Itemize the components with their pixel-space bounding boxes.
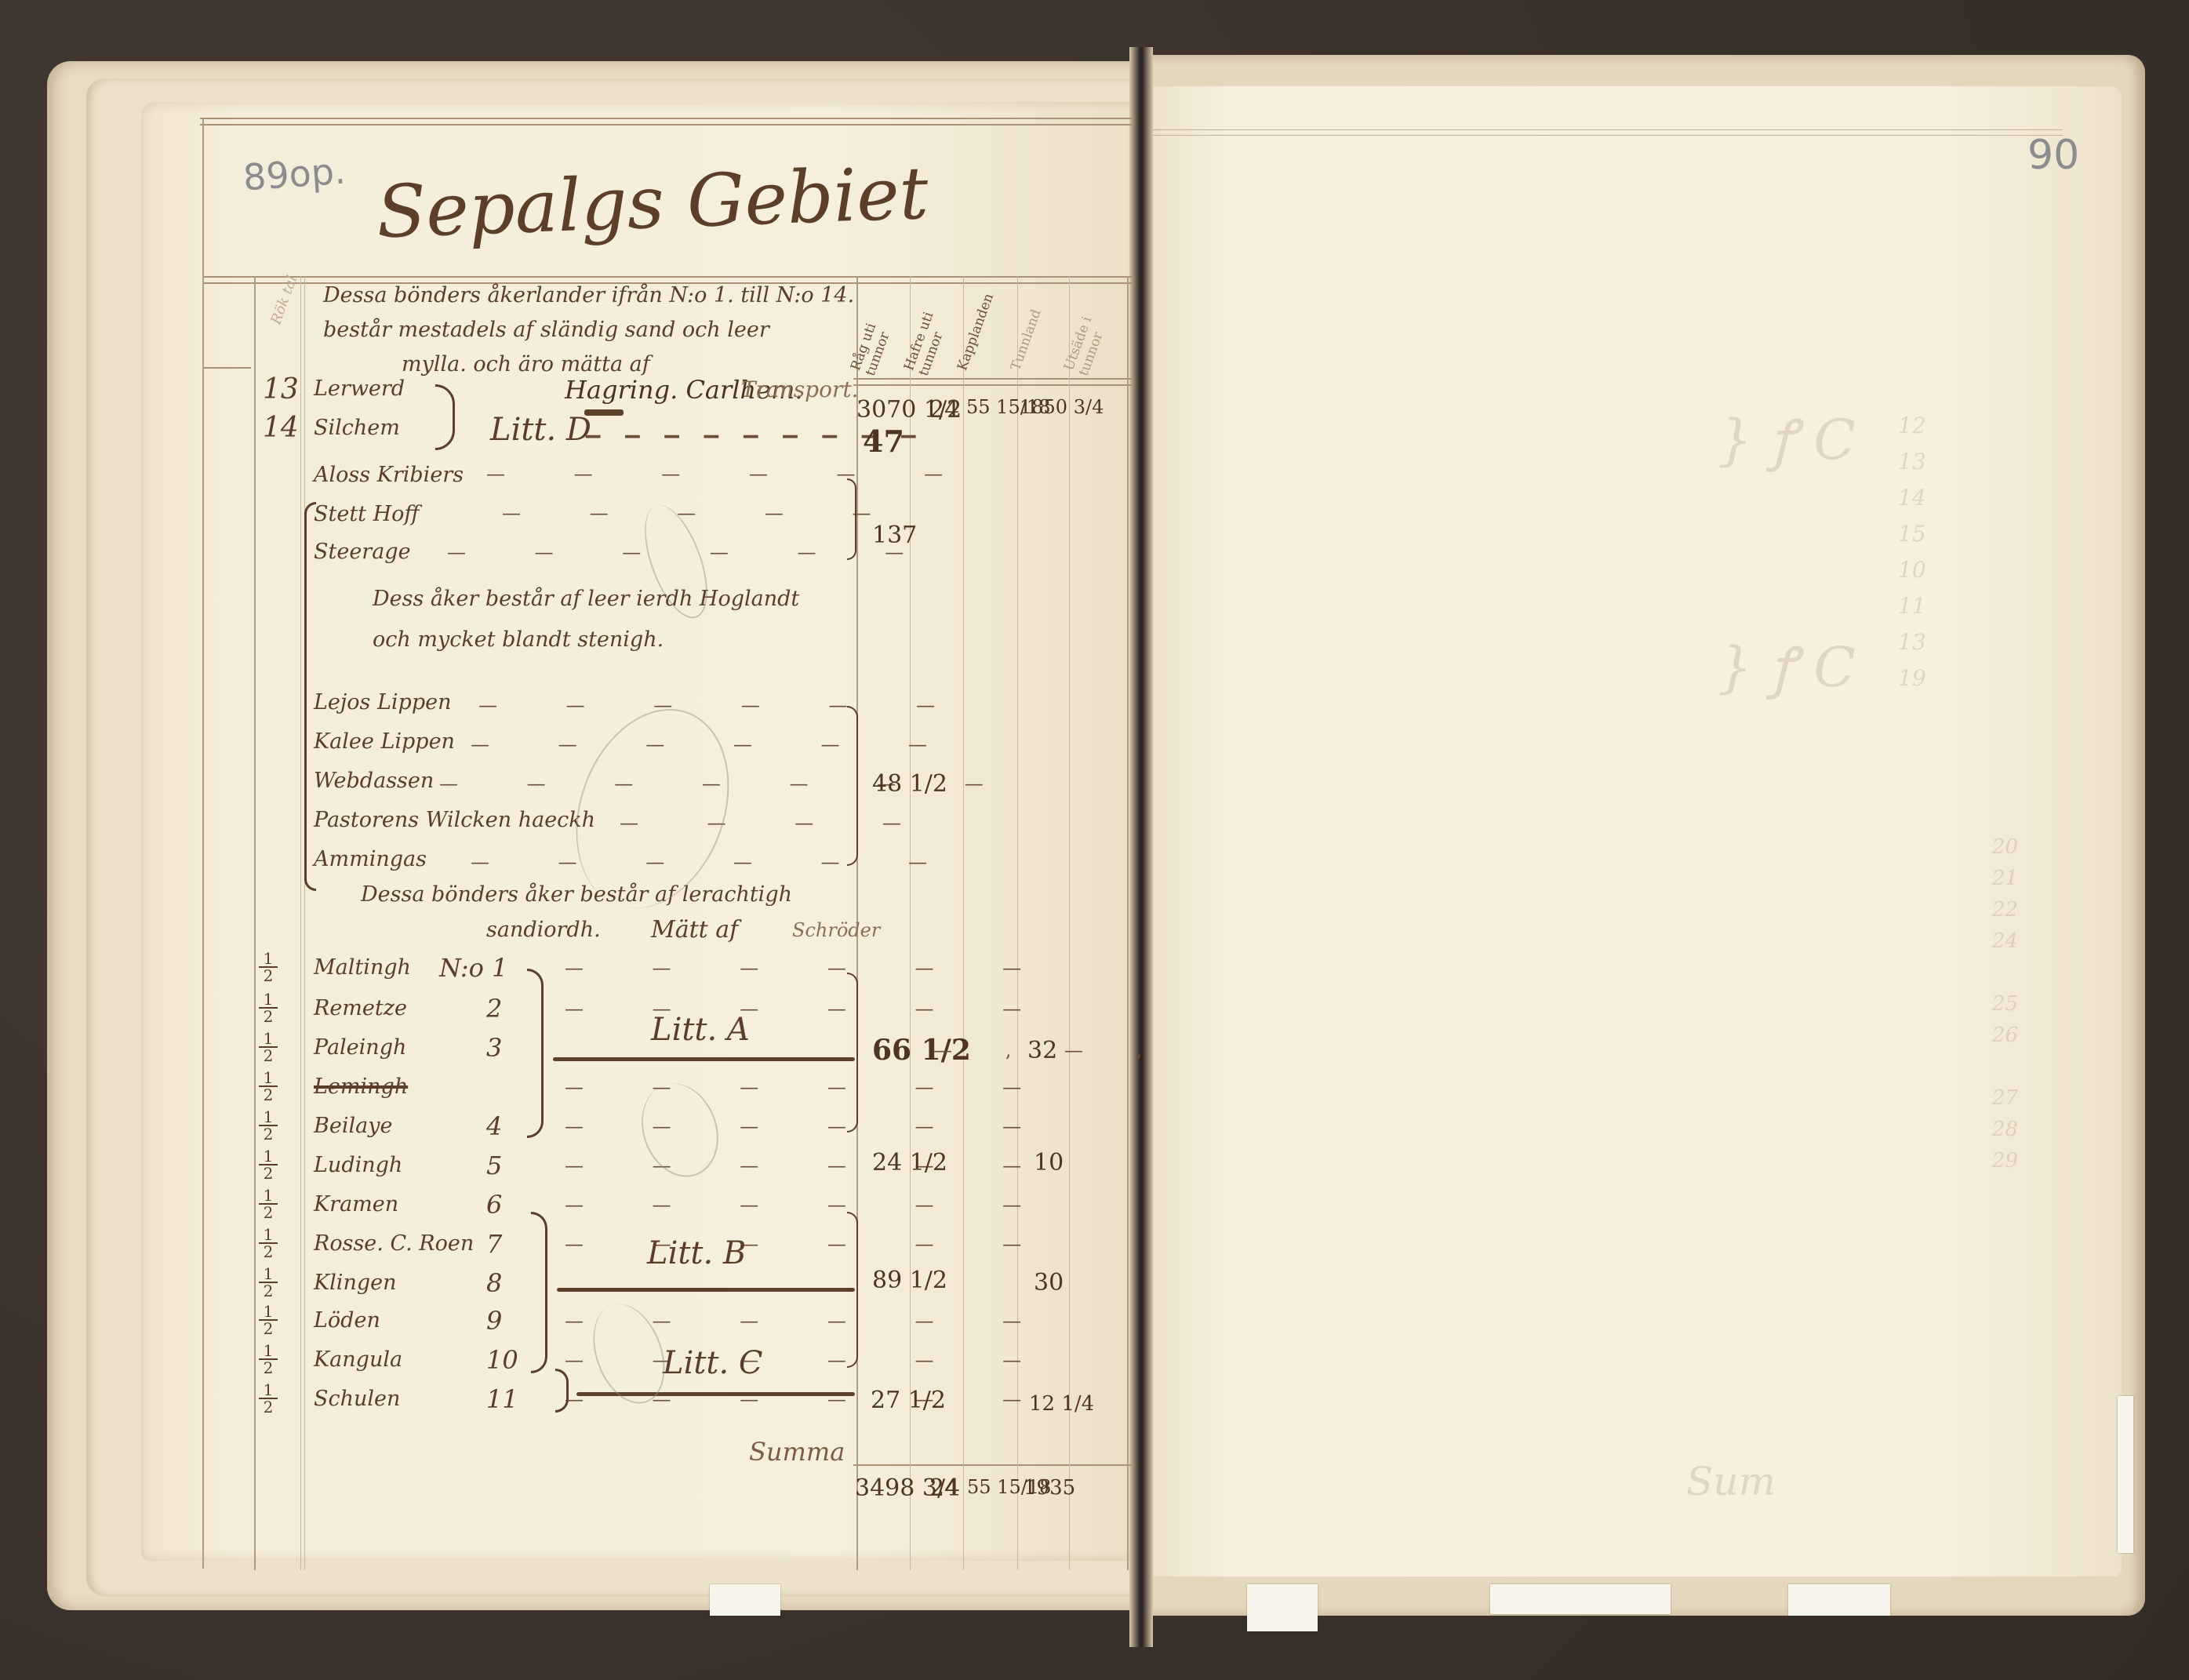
brace-lit-a bbox=[527, 969, 544, 1138]
dash-leader: — — — — — — bbox=[565, 998, 1053, 1020]
transport-tunnland: 1850 3/4 bbox=[1020, 396, 1104, 418]
header-line: består mestadels af sländig sand och lee… bbox=[323, 313, 864, 347]
column-line bbox=[304, 276, 305, 1570]
row-name: Lemingh bbox=[314, 1075, 408, 1099]
bleed-through-mark: } ꝭ C bbox=[1718, 400, 1856, 475]
brace bbox=[847, 478, 856, 560]
table-header-bottom-rule bbox=[853, 384, 1133, 386]
share-fraction: 12 bbox=[259, 1382, 278, 1415]
column-line bbox=[254, 276, 256, 1570]
folio-number-left: 89op. bbox=[242, 150, 347, 199]
right-top-rule bbox=[1153, 135, 2063, 136]
row-name: Paleingh bbox=[314, 1035, 406, 1060]
dash-leader: — — — — — — bbox=[478, 694, 966, 716]
group-note: och mycket blandt stenigh. bbox=[373, 627, 664, 652]
row-number: 8 bbox=[486, 1268, 502, 1298]
row-name: Kangula bbox=[314, 1347, 402, 1372]
share-fraction: 12 bbox=[259, 1343, 278, 1376]
row-name: Remetze bbox=[314, 996, 407, 1020]
row-name: Ammingas bbox=[314, 847, 427, 871]
row-name: Ludingh bbox=[314, 1153, 402, 1177]
row-name: Lerwerd bbox=[314, 376, 405, 401]
lit-c-label: Litt. C bbox=[663, 1345, 763, 1381]
dash-leader: — — — — — — bbox=[565, 1233, 1053, 1255]
transport-label: Transport. bbox=[741, 376, 858, 402]
row-name: Steerage bbox=[314, 540, 411, 564]
lit-c-value: 27 1/2 bbox=[871, 1387, 946, 1414]
paper-slip bbox=[2118, 1396, 2133, 1553]
signature-label: Mätt af bbox=[651, 916, 738, 944]
row-name: Pastorens Wilcken haeckh bbox=[314, 808, 595, 832]
lit-a-label: Litt. A bbox=[651, 1012, 750, 1048]
share-fraction: 12 bbox=[259, 991, 278, 1024]
header-line: Dessa bönders åkerlander ifrån N:o 1. ti… bbox=[323, 278, 864, 313]
lit-b-col4: 30 bbox=[1034, 1269, 1064, 1296]
dash-leader: — — — — — — bbox=[471, 851, 958, 873]
row-name: Löden bbox=[314, 1308, 380, 1333]
margin-line bbox=[202, 118, 204, 1569]
bleed-through-mark: Sum bbox=[1686, 1459, 1776, 1504]
table-header-bottom-rule bbox=[204, 367, 251, 369]
row-name: Aloss Kribiers bbox=[314, 463, 464, 487]
share-fraction: 12 bbox=[259, 1031, 278, 1064]
row-number: 14 bbox=[263, 412, 299, 444]
row-number: 4 bbox=[486, 1111, 502, 1141]
dash-leader: — — — — — — bbox=[486, 463, 974, 485]
brace bbox=[847, 973, 858, 1133]
dash-leader: — — — — — — bbox=[565, 1194, 1053, 1216]
row-name: Stett Hoff bbox=[314, 502, 420, 526]
table-header-top-rule bbox=[204, 276, 1133, 278]
book-spine bbox=[1129, 47, 1153, 1647]
row-number: 11 bbox=[486, 1384, 518, 1414]
summa-oats: 24 bbox=[929, 1475, 959, 1502]
column-line bbox=[1069, 276, 1070, 1570]
dash-leader: — — — — — — bbox=[565, 1115, 1053, 1137]
row-name: Schulen bbox=[314, 1387, 400, 1411]
brace-lit-b bbox=[531, 1212, 547, 1373]
lit-a-line bbox=[553, 1057, 855, 1061]
lit-d-value: 47 bbox=[863, 424, 904, 459]
row-name: Kalee Lippen bbox=[314, 729, 455, 754]
bleed-through-mark: 1213141510111319 bbox=[1898, 408, 1926, 696]
row-number: 6 bbox=[486, 1190, 502, 1220]
row-number: N:o 1 bbox=[439, 953, 507, 983]
signer-name: Schröder bbox=[792, 919, 880, 941]
row-name: Beilaye bbox=[314, 1114, 392, 1138]
share-fraction: 12 bbox=[259, 1187, 278, 1220]
share-fraction: 12 bbox=[259, 1266, 278, 1299]
right-top-rule bbox=[1153, 129, 2063, 130]
share-fraction: 12 bbox=[259, 951, 278, 984]
lit-b-value: 89 1/2 bbox=[872, 1267, 947, 1294]
share-fraction: 12 bbox=[259, 1148, 278, 1181]
brace bbox=[435, 384, 455, 450]
brace-lit-c bbox=[555, 1369, 569, 1413]
row-number: 13 bbox=[263, 373, 299, 405]
dash-leader: — — — — — — bbox=[565, 1076, 1053, 1098]
right-page bbox=[1149, 86, 2122, 1576]
row-number: 10 bbox=[486, 1345, 518, 1375]
group-note: Dessa bönders åker består af lerachtigh bbox=[361, 882, 792, 907]
row-name: Klingen bbox=[314, 1271, 396, 1295]
bleed-through-mark: 202122242526272829 bbox=[1992, 831, 2018, 1176]
group-value: 137 bbox=[872, 522, 917, 549]
column-line bbox=[1017, 276, 1018, 1570]
top-rule bbox=[200, 118, 1133, 119]
row-number: 5 bbox=[486, 1151, 502, 1180]
row-number: 3 bbox=[486, 1033, 502, 1063]
paper-slip bbox=[1490, 1584, 1671, 1614]
dash-leader: — — — — — — bbox=[565, 957, 1053, 979]
brace bbox=[847, 1212, 858, 1368]
row-number: 9 bbox=[486, 1306, 502, 1336]
folio-number-right: 90 bbox=[2027, 132, 2079, 179]
group-value: 48 1/2 bbox=[872, 770, 947, 798]
row5-value: 24 1/2 bbox=[872, 1149, 947, 1176]
table-header-text: Dessa bönders åkerlander ifrån N:o 1. ti… bbox=[323, 278, 864, 382]
row-name: Webdassen bbox=[314, 769, 434, 793]
row-number: 7 bbox=[486, 1229, 502, 1259]
summa-rule bbox=[853, 1464, 1133, 1466]
share-fraction: 12 bbox=[259, 1109, 278, 1142]
share-fraction: 12 bbox=[259, 1070, 278, 1103]
share-fraction: 12 bbox=[259, 1304, 278, 1336]
brace bbox=[847, 706, 858, 866]
dash-leader: — — — — — bbox=[502, 502, 903, 524]
lit-c-col4: 12 1/4 bbox=[1029, 1392, 1094, 1416]
dash-leader: — — — — — — bbox=[565, 1155, 1053, 1176]
column-line bbox=[1127, 276, 1129, 1570]
group-note: sandiordh. bbox=[486, 918, 601, 942]
group-note: Dess åker består af leer ierdh Hoglandt bbox=[373, 587, 799, 611]
bleed-through-mark: } ꝭ C bbox=[1718, 627, 1856, 703]
row-name: Kramen bbox=[314, 1192, 398, 1216]
paper-slip bbox=[710, 1584, 780, 1616]
column-line bbox=[300, 276, 301, 1570]
top-rule bbox=[200, 124, 1133, 125]
row-name: Maltingh bbox=[314, 955, 411, 980]
summa-label: Summa bbox=[749, 1437, 845, 1467]
dash-leader: — ‚ — ‚ bbox=[933, 1039, 1165, 1061]
row-name: Silchem bbox=[314, 416, 400, 440]
paper-slip bbox=[1247, 1584, 1318, 1631]
row-name: Lejos Lippen bbox=[314, 690, 451, 715]
lit-d-label: Litt. D bbox=[490, 412, 591, 448]
row-name: Rosse. C. Roen bbox=[314, 1231, 474, 1256]
paper-slip bbox=[1788, 1584, 1890, 1616]
lit-b-label: Litt. B bbox=[647, 1235, 746, 1271]
row5-col4: 10 bbox=[1034, 1149, 1064, 1176]
summa-tunnland: 1935 bbox=[1024, 1476, 1075, 1500]
lit-b-line bbox=[557, 1288, 855, 1292]
share-fraction: 12 bbox=[259, 1227, 278, 1260]
row-number: 2 bbox=[486, 994, 502, 1024]
